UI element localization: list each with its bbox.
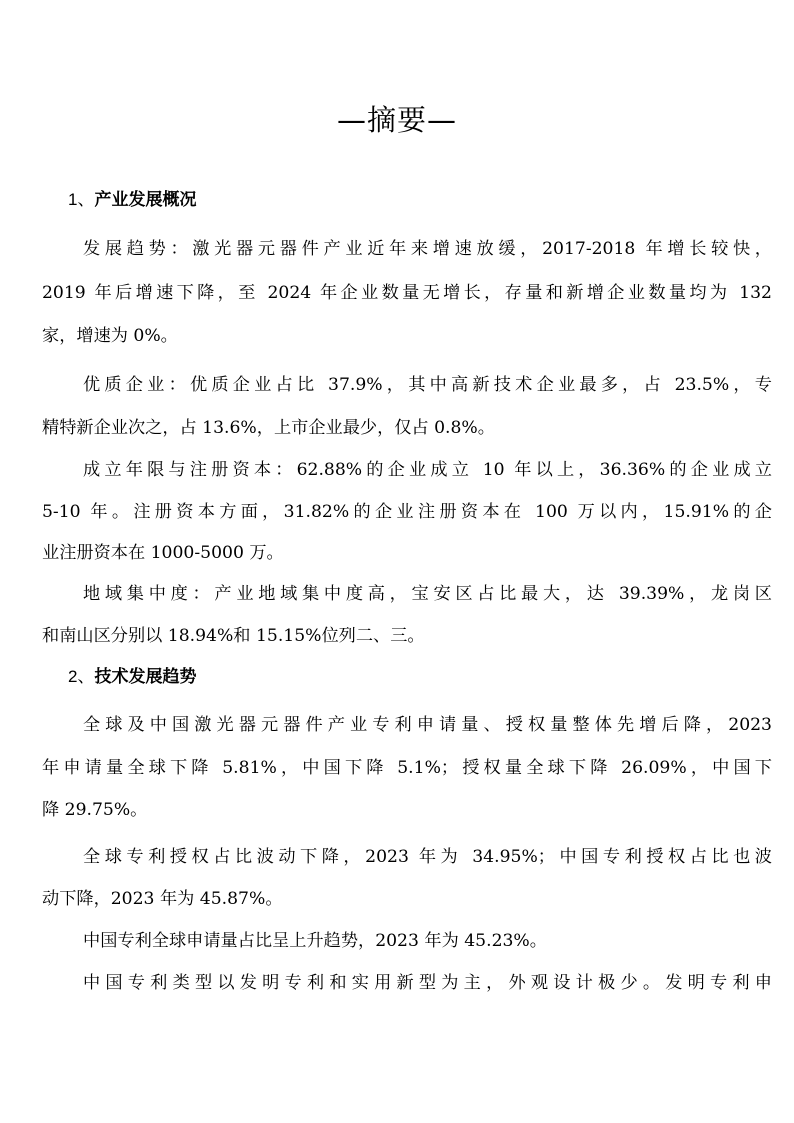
text-line: 业注册资本在 1000-5000 万。 (42, 541, 772, 565)
section-number: 1、 (68, 190, 94, 209)
section-heading-industry-overview: 1、产业发展概况 (68, 188, 196, 212)
text-line: 降 29.75%。 (42, 798, 772, 822)
text-line: 动下降，2023 年为 45.87%。 (42, 887, 772, 911)
text-line: 发展趋势：激光器元器件产业近年来增速放缓，2017-2018 年增长较快， (83, 237, 772, 261)
section-heading-text: 技术发展趋势 (94, 667, 196, 687)
text-line: 地域集中度：产业地域集中度高，宝安区占比最大，达 39.39%，龙岗区 (83, 582, 772, 606)
text-line: 家，增速为 0%。 (42, 324, 772, 348)
text-line: 精特新企业次之，占 13.6%，上市企业最少，仅占 0.8%。 (42, 416, 772, 440)
page-title: —摘要— (0, 100, 794, 140)
text-line: 优质企业：优质企业占比 37.9%，其中高新技术企业最多，占 23.5%，专 (83, 373, 772, 397)
text-line: 全球及中国激光器元器件产业专利申请量、授权量整体先增后降，2023 (83, 713, 772, 737)
section-heading-technology-trend: 2、技术发展趋势 (68, 665, 196, 689)
section-heading-text: 产业发展概况 (94, 190, 196, 210)
text-line: 2019 年后增速下降，至 2024 年企业数量无增长，存量和新增企业数量均为 … (42, 281, 772, 305)
text-line: 和南山区分别以 18.94%和 15.15%位列二、三。 (42, 624, 772, 648)
text-line: 5-10 年。注册资本方面，31.82%的企业注册资本在 100 万以内，15.… (42, 500, 772, 524)
text-line: 年申请量全球下降 5.81%，中国下降 5.1%；授权量全球下降 26.09%，… (42, 756, 772, 780)
text-line: 中国专利全球申请量占比呈上升趋势，2023 年为 45.23%。 (83, 929, 772, 953)
text-line: 全球专利授权占比波动下降，2023 年为 34.95%；中国专利授权占比也波 (83, 845, 772, 869)
document-page: —摘要— 1、产业发展概况 发展趋势：激光器元器件产业近年来增速放缓，2017-… (0, 0, 794, 1123)
text-line: 成立年限与注册资本：62.88%的企业成立 10 年以上，36.36%的企业成立 (83, 458, 772, 482)
text-line: 中国专利类型以发明专利和实用新型为主，外观设计极少。发明专利申 (83, 971, 772, 995)
section-number: 2、 (68, 667, 94, 686)
